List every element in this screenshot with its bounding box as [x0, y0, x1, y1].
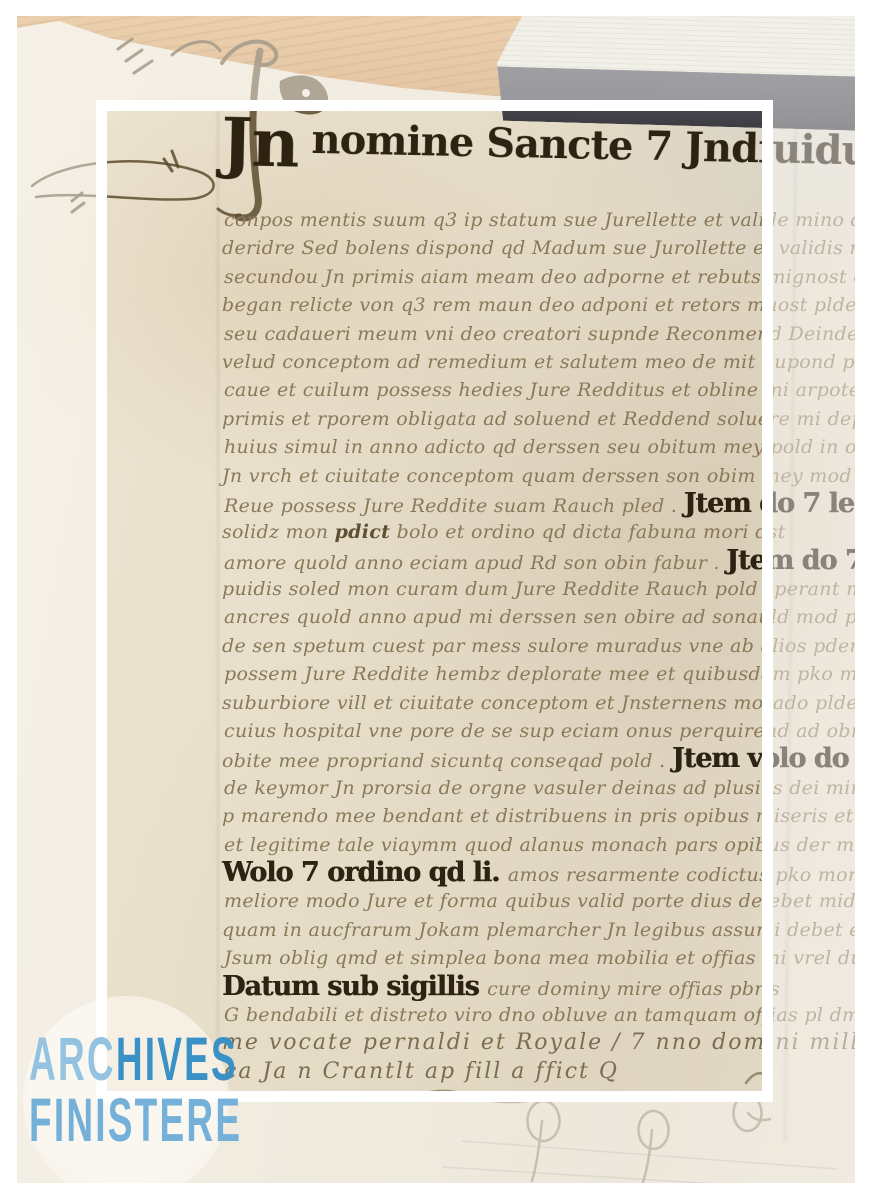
- watermark-archives-outer: ARC: [29, 1025, 116, 1093]
- veil-right: [762, 111, 855, 1091]
- watermark-archives-inner: HIVES: [116, 1025, 238, 1093]
- archive-social-image: Jn nomine Sancte 7 Jndiuidue triu conpos…: [0, 0, 870, 1203]
- watermark-line-archives: ARCHIVES: [29, 1029, 238, 1090]
- veil-top: [17, 16, 855, 111]
- watermark-line-finistere: FINISTERE: [29, 1090, 242, 1151]
- veil-left: [17, 111, 107, 1091]
- frame-border: [96, 100, 773, 1102]
